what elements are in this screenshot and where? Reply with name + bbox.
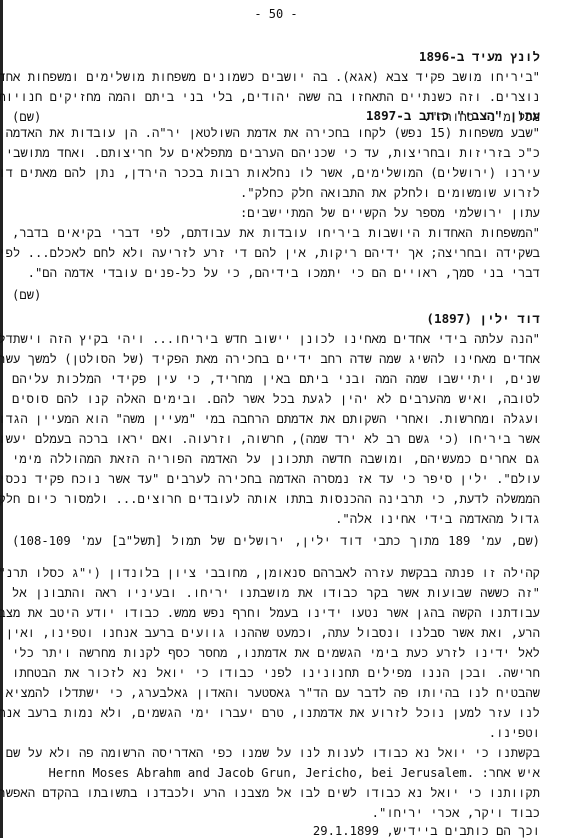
text-line: הממשלה לדעת, כי תרבינה ההכנסות בתתו אותה…: [12, 492, 540, 506]
signature-text: וכך הם כותבים ביידיש,: [386, 824, 540, 838]
text-line: לאל ידינו לזרע כעת בימי הגשמים את אדמתנו…: [12, 646, 540, 660]
text-line: אשר ביריחו (כי גשם רב לא ירד שמה), חרשוה…: [12, 432, 540, 446]
text-line: כבוד ויקר, אכרי יריחו".: [12, 806, 540, 820]
text-line: גדול מהאדמה בידי אחינו אלה".: [12, 512, 540, 526]
text-line: "הנה עלתה בידי אחדים מאחינו לכונן יישוב …: [12, 332, 540, 346]
text-line: דברי בני סמך, ראויים הם כי יתמכו בידיהם,…: [12, 266, 540, 280]
text-line: אחדים מאחינו להשיג שמה שדה רחב ידיים בחכ…: [12, 352, 540, 366]
text-line: שנים, ויתיישבו שמה המה ובני ביתם באין מח…: [12, 372, 540, 386]
text-line: לטובה, ואיש מהערבים לא יהין לגעת בכל אשר…: [12, 392, 540, 406]
section-heading-yellin: דוד ילין (1897): [12, 312, 540, 326]
text-line: לנו עזר למען נוכל לזרוע את אדמתנו, טרם י…: [12, 706, 540, 720]
section-heading-lunz: לונץ מעיד ב-1896: [12, 50, 540, 64]
text-line: עולם". ילין סיפר כי עד אז נמסרה האדמה בח…: [12, 472, 540, 486]
text-line: שהבטיח לנו בהיותו פה לדבר עם הד"ר גאסטער…: [12, 686, 540, 700]
text-line: "המשפחות האחדות היושבות ביריחו עובדות את…: [12, 226, 540, 240]
text-line: ועגלה ומחרשות. ואחרי השקותם את אדמתם הרח…: [12, 412, 540, 426]
text-line: נוצרים. וזה כשנתיים התאחזו בה ששה יהודים…: [12, 90, 540, 104]
text-line: הרע, ואת אשר סבלנו ונסבול עתה, וכמעט שהה…: [12, 626, 540, 640]
address-prefix: איש אחר:: [481, 766, 540, 780]
text-line: עתון ירושלמי מספר על הקשיים של המתיישבים…: [12, 206, 540, 220]
text-line: חרישה. ובכן הננו מפילים תחנונינו לפני כב…: [12, 666, 540, 680]
text-line: עבודתנו הקשה בהגן אשר נטעו ידינו בעמל וח…: [12, 606, 540, 620]
address-line: איש אחר: Hernn Moses Abrahm and Jacob Gr…: [12, 766, 540, 780]
text-line: "ביריחו מושב פקיד צבא (אגא). בה יושבים כ…: [12, 70, 540, 84]
text-line: בקשתנו כי יואל נא כבודו לענות לנו על שמנ…: [12, 746, 540, 760]
text-line: "זה כששה שבועות אשר בקר כבודו את מושבתנו…: [12, 586, 540, 600]
text-line: עירנו (ירושלים) המושלימים, אשר לו נחלאות…: [12, 166, 540, 180]
page-number: - 50 -: [12, 7, 540, 21]
text-line: קהילה זו פנתה בבקשת עזרה לאברהם סנאומן, …: [12, 566, 540, 580]
text-line: כ"כ בזריזות ובחריצות, עד כי שכניהם הערבי…: [12, 146, 540, 160]
signature-date: 29.1.1899: [313, 824, 379, 838]
address-latin: Hernn Moses Abrahm and Jacob Grun, Jeric…: [49, 766, 475, 780]
citation: (שם): [12, 288, 41, 302]
citation: (שם, עמ' 189 מתוך כתבי דוד ילין, ירושלים…: [12, 534, 540, 548]
text-line: לזרוע שומשומים ולחלק את התבואה חלק כחלק"…: [12, 186, 540, 200]
section-heading-hatzvi: עתון "הצבי" כותב ב-1897: [12, 109, 540, 123]
text-line: "שבע משפחות (15 נפש) לקחו בחכירה את אדמת…: [12, 126, 540, 140]
text-line: וטפינו.: [12, 726, 540, 740]
text-line: גם אחרים כמעשיהם, ומושבה חדשה תתכונן על …: [12, 452, 540, 466]
text-line: תקוותנו כי יואל נא כבודו לשים לבו אל מצב…: [12, 786, 540, 800]
signature-line: וכך הם כותבים ביידיש, 29.1.1899: [12, 824, 540, 838]
text-line: בשקידה ובחריצה; אך ידיהם ריקות, אין להם …: [12, 246, 540, 260]
